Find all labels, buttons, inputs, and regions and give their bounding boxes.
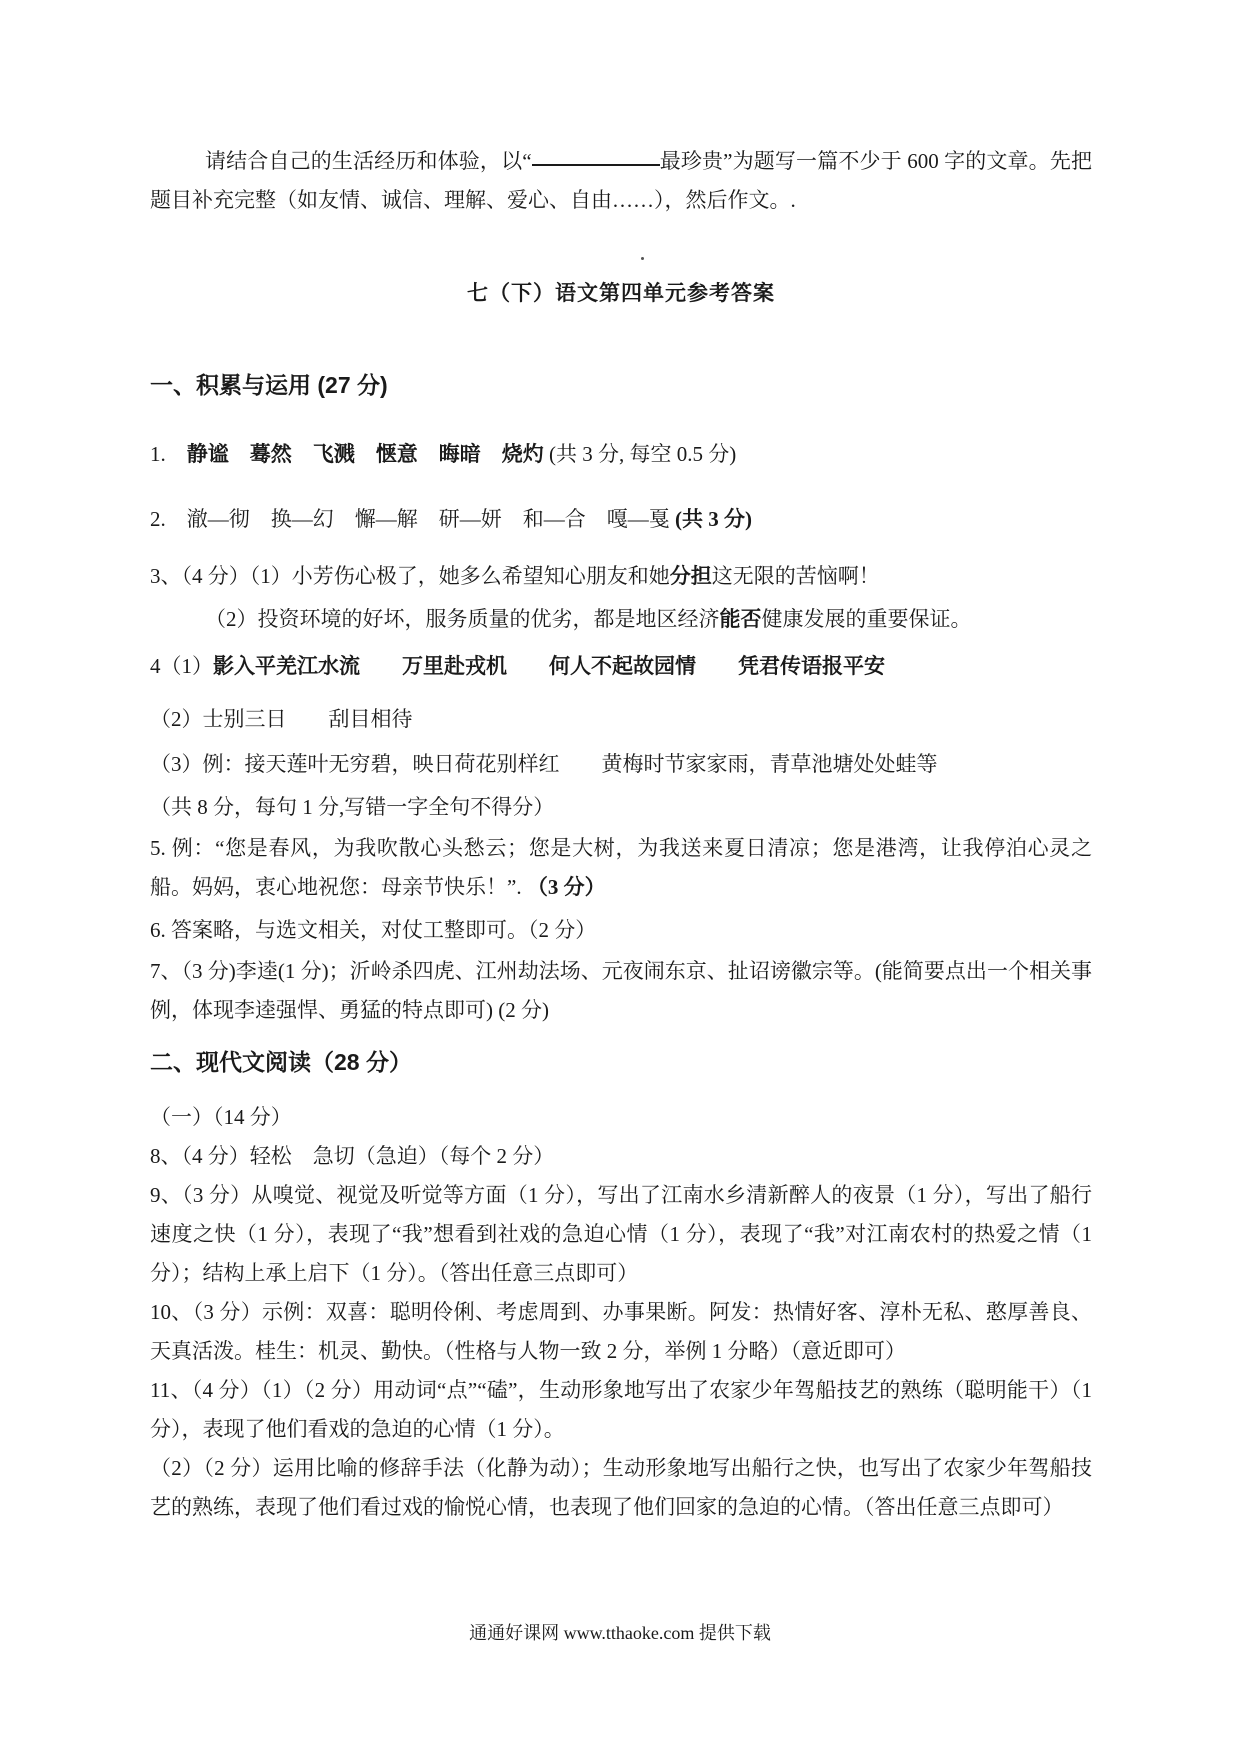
answer-item-2: 2. 澈—彻 换—幻 懈—解 研—妍 和—合 嘎—戛 (共 3 分): [150, 500, 1092, 539]
item-2-score-note: (共 3 分): [675, 507, 752, 531]
item-3-1-text: 3、（4 分）（1）小芳伤心极了，她多么希望知心朋友和她: [150, 564, 670, 588]
item-3-2-text: （2）投资环境的好坏，服务质量的优劣，都是地区经济: [205, 607, 720, 631]
section-1-heading: 一、积累与运用 (27 分): [150, 371, 1092, 399]
scanned-document-page: 请结合自己的生活经历和体验，以“最珍贵”为题写一篇不少于 600 字的文章。先把…: [0, 0, 1240, 1754]
item-3-1-text-end: 这无限的苦恼啊！: [712, 564, 880, 588]
section-2-heading: 二、现代文阅读（28 分）: [150, 1048, 1092, 1076]
answer-item-9: 9、（3 分）从嗅觉、视觉及听觉等方面（1 分），写出了江南水乡清新醉人的夜景（…: [150, 1176, 1092, 1293]
answer-item-3-line-2: （2）投资环境的好坏，服务质量的优劣，都是地区经济能否健康发展的重要保证。: [150, 600, 1092, 639]
answer-item-7: 7、（3 分)李逵(1 分)；沂岭杀四虎、江州劫法场、元夜闹东京、扯诏谤徽宗等。…: [150, 952, 1092, 1030]
prompt-text-before-blank: 请结合自己的生活经历和体验，以“: [205, 149, 532, 173]
document-body: 请结合自己的生活经历和体验，以“最珍贵”为题写一篇不少于 600 字的文章。先把…: [150, 142, 1092, 1527]
item-5-score-note: （3 分）: [527, 875, 606, 899]
answer-item-4-line-3: （3）例：接天莲叶无穷碧，映日荷花别样红 黄梅时节家家雨，青草池塘处处蛙等: [150, 745, 1092, 784]
item-4-1-number: 4（1）: [150, 654, 213, 678]
answer-key-title: 七（下）语文第四单元参考答案: [150, 274, 1092, 313]
answer-item-11-part-1: 11、（4 分）（1）（2 分）用动词“点”“磕”，生动形象地写出了农家少年驾船…: [150, 1371, 1092, 1449]
download-source-footer: 通通好课网 www.tthaoke.com 提供下载: [0, 1620, 1240, 1646]
answer-item-8: 8、（4 分）轻松 急切（急迫）（每个 2 分）: [150, 1137, 1092, 1176]
item-3-2-text-end: 健康发展的重要保证。: [762, 607, 972, 631]
scan-artifact-dot: [644, 289, 647, 292]
answer-item-3-line-1: 3、（4 分）（1）小芳伤心极了，她多么希望知心朋友和她分担这无限的苦恼啊！: [150, 557, 1092, 596]
item-1-number: 1.: [150, 442, 187, 466]
answer-item-5: 5. 例：“您是春风，为我吹散心头愁云；您是大树，为我送来夏日清凉；您是港湾，让…: [150, 829, 1092, 907]
scan-artifact-dot: [641, 257, 644, 260]
essay-prompt-paragraph: 请结合自己的生活经历和体验，以“最珍贵”为题写一篇不少于 600 字的文章。先把…: [150, 142, 1092, 220]
fill-in-blank-line: [532, 164, 660, 166]
item-5-example-text: 5. 例：“您是春风，为我吹散心头愁云；您是大树，为我送来夏日清凉；您是港湾，让…: [150, 836, 1092, 899]
item-1-answer-words: 静谧 蓦然 飞溅 惬意 晦暗 烧灼: [187, 442, 544, 466]
item-1-score-note: (共 3 分, 每空 0.5 分): [544, 442, 737, 466]
answer-item-1: 1. 静谧 蓦然 飞溅 惬意 晦暗 烧灼 (共 3 分, 每空 0.5 分): [150, 435, 1092, 474]
answer-item-6: 6. 答案略，与选文相关，对仗工整即可。（2 分）: [150, 911, 1092, 950]
answer-item-4-line-2: （2）士别三日 刮目相待: [150, 700, 1092, 739]
item-3-1-emphasis: 分担: [670, 564, 712, 588]
answer-item-4-score-note: （共 8 分，每句 1 分,写错一字全句不得分）: [150, 788, 1092, 827]
item-2-answer-text: 2. 澈—彻 换—幻 懈—解 研—妍 和—合 嘎—戛: [150, 507, 675, 531]
reading-part-1-label: （一）（14 分）: [150, 1098, 1092, 1137]
item-4-1-poem-answers: 影入平羌江水流 万里赴戎机 何人不起故园情 凭君传语报平安: [213, 654, 885, 678]
answer-item-10: 10、（3 分）示例：双喜：聪明伶俐、考虑周到、办事果断。阿发：热情好客、淳朴无…: [150, 1293, 1092, 1371]
answer-item-4-line-1: 4（1）影入平羌江水流 万里赴戎机 何人不起故园情 凭君传语报平安: [150, 647, 1092, 686]
answer-item-11-part-2: （2）（2 分）运用比喻的修辞手法（化静为动）；生动形象地写出船行之快，也写出了…: [150, 1449, 1092, 1527]
item-3-2-emphasis: 能否: [720, 607, 762, 631]
